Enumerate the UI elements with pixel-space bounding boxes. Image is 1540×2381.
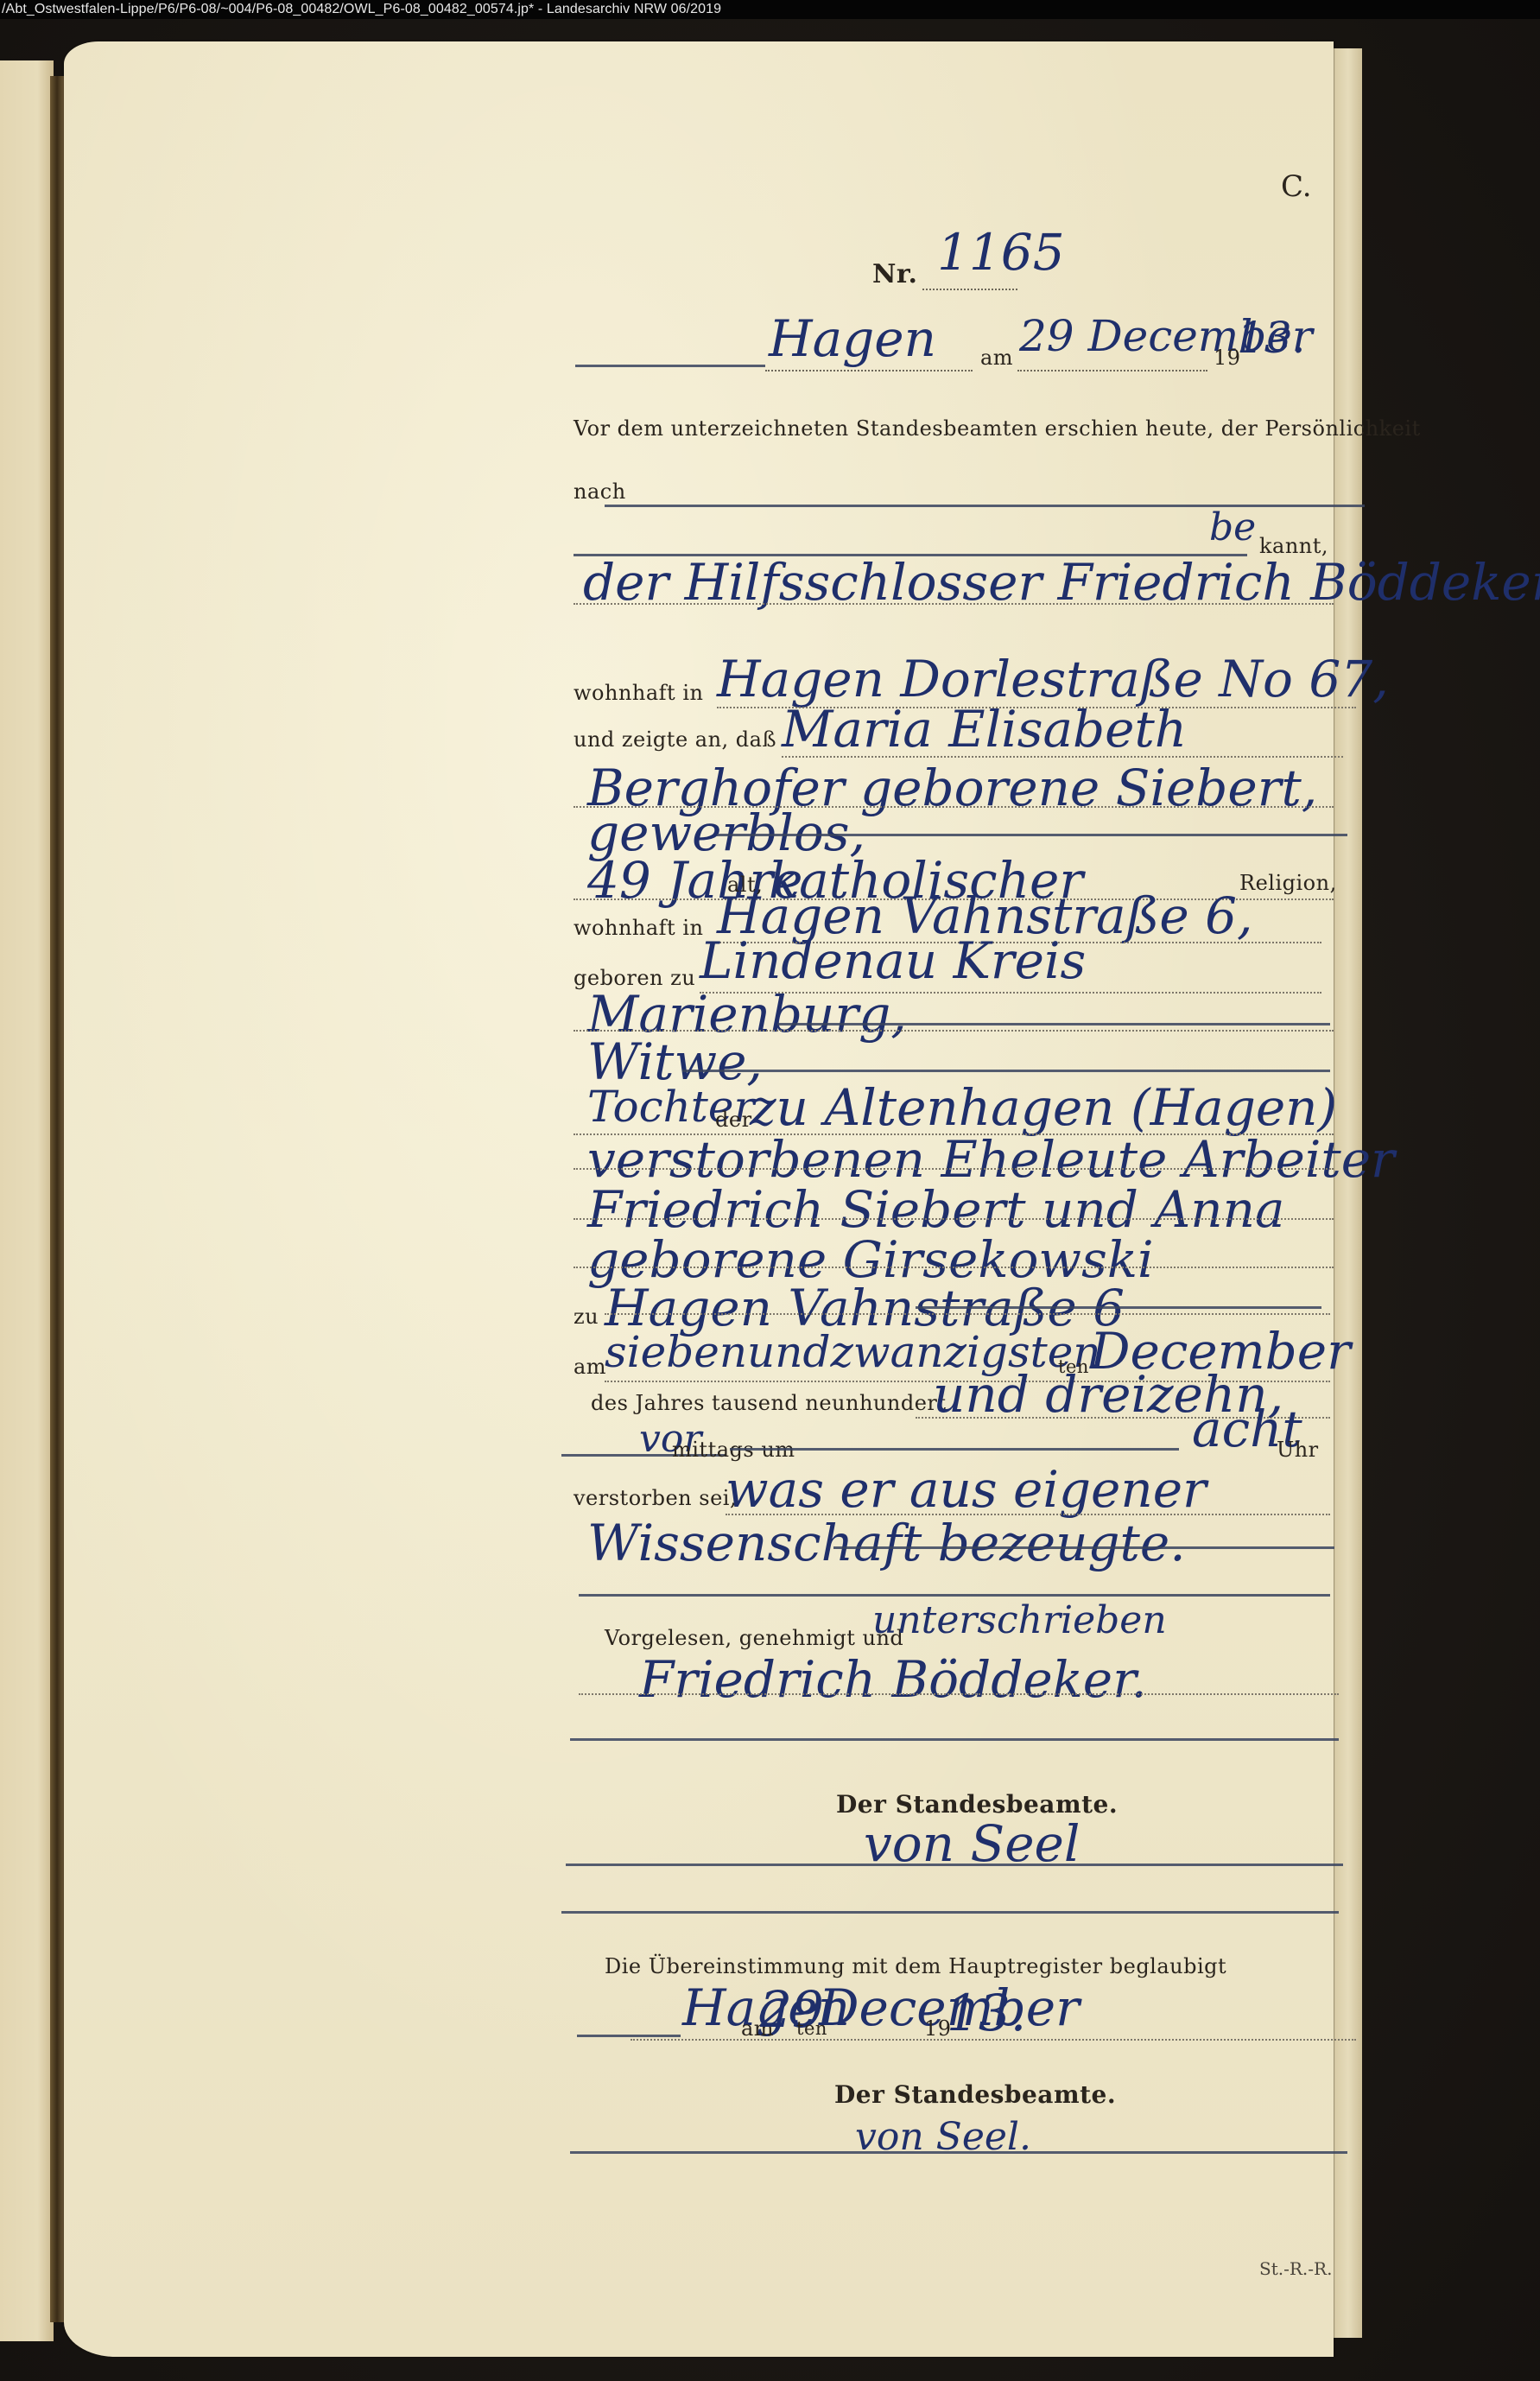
- knowledge-strike-line: [833, 1546, 1334, 1549]
- record-number: 1165: [937, 223, 1065, 282]
- residence-label: wohnhaft in: [574, 916, 703, 940]
- cert-signature-line: [570, 2151, 1347, 2154]
- signature-dotted-line: [579, 1693, 1339, 1695]
- parents-dotted-line4: [574, 1267, 1334, 1268]
- birthplace-dotted-line: [574, 1030, 1334, 1032]
- parents-dotted-line3: [574, 1218, 1334, 1220]
- intro-text: Vor dem unterzeichneten Standesbeamten e…: [574, 416, 1421, 441]
- parents-dotted-line2: [574, 1168, 1334, 1170]
- knowledge-line1: was er aus eigener: [726, 1460, 1207, 1519]
- registrar-strike-line: [566, 1864, 1343, 1866]
- informant-signature: Friedrich Böddeker.: [639, 1650, 1147, 1709]
- nach-label: nach: [574, 479, 626, 504]
- read-approved-value: unterschrieben: [872, 1598, 1167, 1642]
- death-date-label: am: [574, 1355, 606, 1379]
- date-dotted-line: [1017, 370, 1207, 371]
- parents-line1: zu Altenhagen (Hagen): [750, 1078, 1337, 1137]
- bekannt-correction: be: [1209, 505, 1256, 549]
- informant-dotted-line: [574, 603, 1334, 605]
- died-label: verstorben sei,: [574, 1486, 737, 1510]
- certification-text: Die Übereinstimmung mit dem Hauptregiste…: [605, 1954, 1226, 1978]
- cert-registrar-label: Der Standesbeamte.: [834, 2080, 1116, 2109]
- cert-year: 13.: [947, 1984, 1026, 2042]
- death-place-dotted-line: [605, 1313, 1330, 1315]
- parents-der-label: der: [715, 1108, 752, 1132]
- uhr-label: Uhr: [1277, 1438, 1319, 1462]
- read-approved-label: Vorgelesen, genehmigt und: [605, 1626, 903, 1650]
- place-dotted-line: [765, 370, 973, 371]
- header-place: Hagen: [769, 309, 936, 368]
- cert-strike-line: [577, 2035, 681, 2037]
- right-page-stack-edge: [1334, 48, 1362, 2338]
- knowledge-line2: Wissenschaft bezeugte.: [587, 1514, 1186, 1572]
- birthplace-strike-line: [777, 1023, 1330, 1025]
- religion-label: Religion,: [1239, 871, 1337, 895]
- number-label: Nr.: [872, 259, 917, 289]
- deceased-name-line1: Maria Elisabeth: [782, 700, 1187, 759]
- time-value-strike-line: [730, 1448, 1179, 1451]
- am-label: am: [980, 346, 1013, 370]
- announce-label: und zeigte an, daß: [574, 727, 776, 752]
- window-title: /Abt_Ostwestfalen-Lippe/P6/P6-08/~004/P6…: [0, 0, 1540, 19]
- form-code: St.-R.-R.: [1259, 2258, 1332, 2279]
- occupation-strike-line: [717, 834, 1347, 836]
- header-year: 13.: [1237, 313, 1306, 363]
- blank-strike-line: [579, 1594, 1330, 1597]
- announce-dotted-line: [782, 756, 1343, 758]
- death-place-label: zu: [574, 1305, 599, 1329]
- corner-mark: C.: [1281, 169, 1312, 204]
- number-dotted-line: [922, 289, 1017, 290]
- informant-residence-label: wohnhaft in: [574, 681, 703, 705]
- birthplace-line1: Lindenau Kreis: [700, 931, 1086, 990]
- year-label: des Jahres tausend neunhundert: [591, 1391, 947, 1415]
- marital-strike-line: [682, 1070, 1330, 1072]
- strike-line: [575, 365, 765, 367]
- death-place-strike-line: [916, 1306, 1321, 1309]
- left-page-edge: [0, 60, 54, 2341]
- signature-strike-line: [570, 1738, 1339, 1741]
- separator-line: [561, 1911, 1339, 1914]
